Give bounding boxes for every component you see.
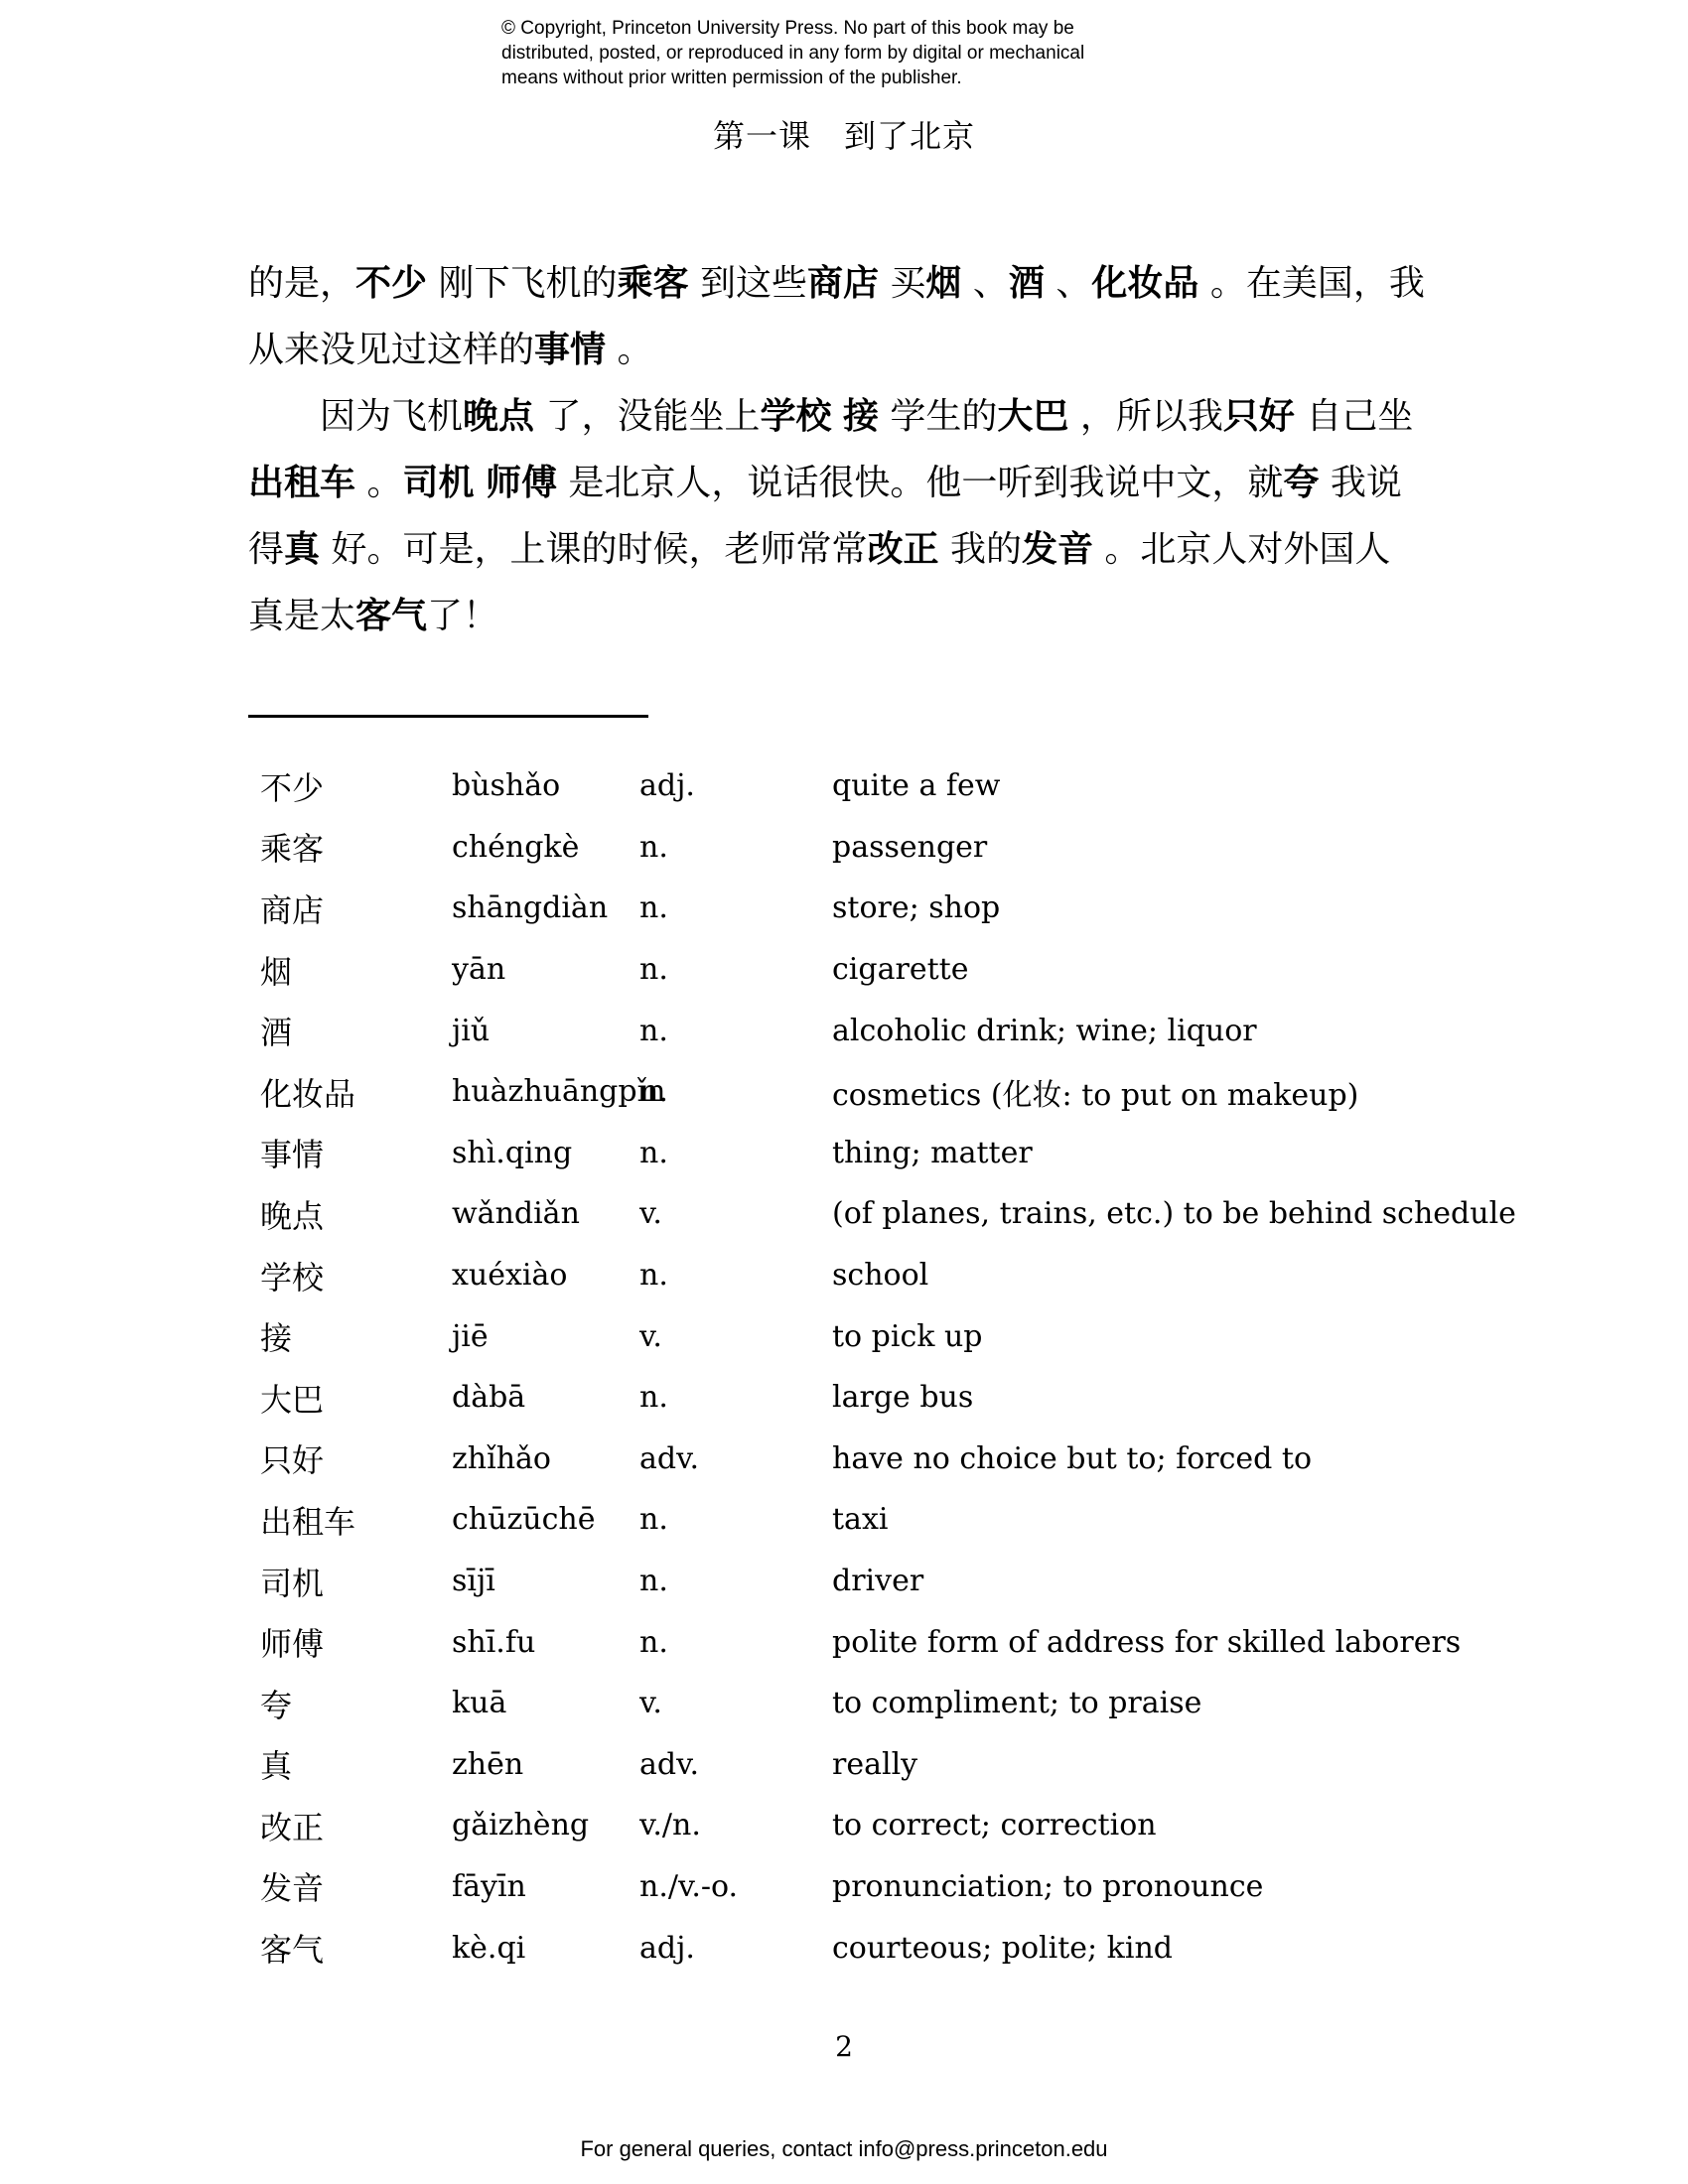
text-run: 是北京人，说话很快。他一听到我说中文，就	[557, 463, 1283, 503]
text-line: 出租车 。司机 师傅 是北京人，说话很快。他一听到我说中文，就夸 我说	[248, 450, 1509, 516]
footer-contact-text: For general queries, contact info@press.…	[0, 2136, 1688, 2162]
vocab-word: 司机	[402, 462, 474, 503]
vocab-row: 改正gǎizhèngv./n.to correct; correction	[260, 1795, 1521, 1856]
vocab-hanzi: 烟	[260, 947, 452, 993]
vocab-gloss: pronunciation; to pronounce	[832, 1869, 1521, 1904]
text-run: 自己坐	[1295, 396, 1413, 437]
text-run: 了，没能坐上	[534, 396, 760, 437]
vocab-pinyin: sījī	[452, 1564, 639, 1598]
vocab-row: 师傅shī.fun.polite form of address for ski…	[260, 1611, 1521, 1673]
vocab-row: 大巴dàbān.large bus	[260, 1367, 1521, 1429]
vocab-pos: n.	[639, 1380, 832, 1415]
vocab-gloss: to correct; correction	[832, 1808, 1521, 1843]
vocab-pos: adj.	[639, 1931, 832, 1966]
vocab-hanzi: 事情	[260, 1130, 452, 1175]
vocab-pos: n.	[639, 1136, 832, 1170]
text-run: 好。可是，上课的时候，老师常常	[320, 529, 867, 570]
text-run: 、	[961, 263, 1008, 304]
vocab-pinyin: gǎizhèng	[452, 1808, 639, 1843]
vocab-word: 酒	[1009, 262, 1045, 304]
text-line: 的是，不少 刚下飞机的乘客 到这些商店 买烟 、酒 、化妆品 。在美国，我	[248, 250, 1509, 317]
text-run: 。在美国，我	[1198, 263, 1424, 304]
vocab-row: 真zhēnadv.really	[260, 1734, 1521, 1796]
vocab-pinyin: zhēn	[452, 1747, 639, 1782]
vocab-hanzi: 不少	[260, 763, 452, 809]
vocab-hanzi: 酒	[260, 1008, 452, 1053]
vocab-word: 烟	[925, 262, 961, 304]
vocab-hanzi: 师傅	[260, 1619, 452, 1665]
vocab-word: 出租车	[248, 462, 355, 503]
chapter-title: 第一课 到了北京	[0, 111, 1688, 157]
vocab-pinyin: chéngkè	[452, 830, 639, 865]
vocab-pinyin: huàzhuāngpǐn	[452, 1074, 639, 1109]
vocab-pos: v.	[639, 1686, 832, 1720]
text-run: 了！	[427, 596, 498, 636]
vocab-pinyin: wǎndiǎn	[452, 1196, 639, 1231]
vocab-gloss: driver	[832, 1564, 1521, 1598]
vocab-row: 不少bùshǎoadj.quite a few	[260, 755, 1521, 817]
vocab-row: 乘客chéngkèn.passenger	[260, 817, 1521, 879]
vocab-hanzi: 发音	[260, 1863, 452, 1909]
vocab-gloss: school	[832, 1258, 1521, 1293]
text-line: 从来没见过这样的事情 。	[248, 317, 1509, 383]
text-line: 得真 好。可是，上课的时候，老师常常改正 我的发音 。北京人对外国人	[248, 516, 1509, 583]
vocab-word: 真	[284, 528, 320, 570]
text-run: 到这些	[689, 263, 807, 304]
vocab-word: 学校	[760, 395, 831, 437]
vocab-pos: n.	[639, 952, 832, 987]
text-run: 学生的	[879, 396, 997, 437]
vocab-pos: n.	[639, 1014, 832, 1048]
vocab-gloss: (of planes, trains, etc.) to be behind s…	[832, 1196, 1521, 1231]
vocab-pos: adv.	[639, 1441, 832, 1476]
vocab-pinyin: shì.qing	[452, 1136, 639, 1170]
vocab-pinyin: shāngdiàn	[452, 890, 639, 925]
book-page: © Copyright, Princeton University Press.…	[0, 0, 1688, 2184]
vocab-gloss: cosmetics (化妆: to put on makeup)	[832, 1070, 1521, 1114]
vocab-hanzi: 学校	[260, 1253, 452, 1298]
vocab-row: 学校xuéxiàon.school	[260, 1245, 1521, 1306]
vocab-pos: n.	[639, 1258, 832, 1293]
copyright-notice: © Copyright, Princeton University Press.…	[501, 16, 1084, 90]
page-number: 2	[0, 2030, 1688, 2063]
vocab-pinyin: xuéxiào	[452, 1258, 639, 1293]
vocab-gloss: polite form of address for skilled labor…	[832, 1625, 1521, 1660]
vocab-pinyin: bùshǎo	[452, 768, 639, 803]
vocab-gloss: large bus	[832, 1380, 1521, 1415]
vocab-word: 乘客	[617, 262, 688, 304]
vocab-row: 夸kuāv.to compliment; to praise	[260, 1673, 1521, 1734]
vocab-pinyin: yān	[452, 952, 639, 987]
vocab-gloss: quite a few	[832, 768, 1521, 803]
vocab-pinyin: zhǐhǎo	[452, 1441, 639, 1476]
text-run	[474, 463, 485, 503]
vocab-pos: n./v.-o.	[639, 1869, 832, 1904]
vocab-pinyin: fāyīn	[452, 1869, 639, 1904]
vocab-row: 接jiēv.to pick up	[260, 1305, 1521, 1367]
vocab-hanzi: 只好	[260, 1435, 452, 1481]
vocab-hanzi: 夸	[260, 1681, 452, 1726]
text-run: 真是太	[248, 596, 355, 636]
vocab-row: 只好zhǐhǎoadv.have no choice but to; force…	[260, 1429, 1521, 1490]
vocab-word: 接	[843, 395, 879, 437]
vocab-word: 夸	[1283, 462, 1319, 503]
vocab-pos: adj.	[639, 768, 832, 803]
vocab-word: 发音	[1022, 528, 1093, 570]
vocab-row: 商店shāngdiànn.store; shop	[260, 878, 1521, 939]
vocab-gloss: to pick up	[832, 1319, 1521, 1354]
vocab-hanzi: 司机	[260, 1559, 452, 1604]
vocab-pinyin: kuā	[452, 1686, 639, 1720]
vocab-row: 晚点wǎndiǎnv.(of planes, trains, etc.) to …	[260, 1183, 1521, 1245]
vocab-hanzi: 晚点	[260, 1191, 452, 1237]
vocab-row: 烟yānn.cigarette	[260, 939, 1521, 1001]
vocab-pos: n.	[639, 1502, 832, 1537]
copyright-line: distributed, posted, or reproduced in an…	[501, 41, 1084, 66]
vocab-hanzi: 商店	[260, 886, 452, 931]
text-run: 、	[1045, 263, 1091, 304]
vocab-hanzi: 出租车	[260, 1497, 452, 1543]
vocab-divider-rule	[248, 715, 648, 718]
vocab-pos: n.	[639, 1625, 832, 1660]
vocab-word: 化妆品	[1091, 262, 1198, 304]
text-run: ，所以我	[1068, 396, 1222, 437]
text-run: 。北京人对外国人	[1093, 529, 1390, 570]
vocab-row: 司机sījīn.driver	[260, 1551, 1521, 1612]
vocab-row: 酒jiǔn.alcoholic drink; wine; liquor	[260, 1000, 1521, 1061]
vocab-pinyin: shī.fu	[452, 1625, 639, 1660]
vocab-gloss: taxi	[832, 1502, 1521, 1537]
text-run	[832, 396, 843, 437]
vocab-pos: n.	[639, 1074, 832, 1109]
vocab-row: 客气kè.qiadj.courteous; polite; kind	[260, 1917, 1521, 1979]
vocab-gloss: to compliment; to praise	[832, 1686, 1521, 1720]
vocab-row: 发音fāyīnn./v.-o.pronunciation; to pronoun…	[260, 1856, 1521, 1918]
vocab-row: 出租车chūzūchēn.taxi	[260, 1489, 1521, 1551]
copyright-line: © Copyright, Princeton University Press.…	[501, 16, 1084, 41]
vocab-row: 化妆品huàzhuāngpǐnn.cosmetics (化妆: to put o…	[260, 1061, 1521, 1123]
body-text: 的是，不少 刚下飞机的乘客 到这些商店 买烟 、酒 、化妆品 。在美国，我从来没…	[248, 250, 1509, 649]
text-run: 得	[248, 529, 284, 570]
vocab-pos: v./n.	[639, 1808, 832, 1843]
vocab-pos: n.	[639, 1564, 832, 1598]
vocab-hanzi: 大巴	[260, 1375, 452, 1421]
vocab-pinyin: jiǔ	[452, 1014, 639, 1048]
vocab-word: 事情	[534, 329, 606, 370]
vocab-word: 改正	[867, 528, 938, 570]
text-run: 因为飞机	[320, 396, 463, 437]
vocab-hanzi: 改正	[260, 1803, 452, 1848]
vocab-pinyin: jiē	[452, 1319, 639, 1354]
vocab-gloss: have no choice but to; forced to	[832, 1441, 1521, 1476]
vocab-word: 不少	[355, 262, 427, 304]
copyright-line: means without prior written permission o…	[501, 66, 1084, 90]
text-line: 真是太客气了！	[248, 583, 1509, 649]
vocab-gloss: store; shop	[832, 890, 1521, 925]
vocab-gloss: courteous; polite; kind	[832, 1931, 1521, 1966]
vocab-word: 大巴	[997, 395, 1068, 437]
text-line: 因为飞机晚点 了，没能坐上学校 接 学生的大巴 ，所以我只好 自己坐	[248, 383, 1509, 450]
vocab-pos: v.	[639, 1196, 832, 1231]
text-run: 刚下飞机的	[427, 263, 617, 304]
vocab-pinyin: chūzūchē	[452, 1502, 639, 1537]
text-run: 从来没见过这样的	[248, 330, 534, 370]
vocab-pos: n.	[639, 890, 832, 925]
vocab-gloss: thing; matter	[832, 1136, 1521, 1170]
text-run: 我说	[1319, 463, 1401, 503]
text-run: 的是，	[248, 263, 355, 304]
vocab-row: 事情shì.qingn.thing; matter	[260, 1123, 1521, 1184]
vocab-pinyin: dàbā	[452, 1380, 639, 1415]
vocab-word: 晚点	[463, 395, 534, 437]
vocab-table: 不少bùshǎoadj.quite a few乘客chéngkèn.passen…	[260, 755, 1521, 1979]
vocab-hanzi: 真	[260, 1741, 452, 1787]
vocab-word: 只好	[1223, 395, 1295, 437]
vocab-hanzi: 接	[260, 1313, 452, 1359]
text-run: 。	[355, 463, 402, 503]
vocab-word: 商店	[807, 262, 879, 304]
text-run: 。	[606, 330, 652, 370]
vocab-pos: n.	[639, 830, 832, 865]
text-run: 我的	[939, 529, 1022, 570]
vocab-hanzi: 化妆品	[260, 1069, 452, 1115]
vocab-gloss: passenger	[832, 830, 1521, 865]
vocab-gloss: alcoholic drink; wine; liquor	[832, 1014, 1521, 1048]
vocab-gloss: cigarette	[832, 952, 1521, 987]
vocab-hanzi: 客气	[260, 1925, 452, 1971]
vocab-gloss: really	[832, 1747, 1521, 1782]
vocab-pos: v.	[639, 1319, 832, 1354]
vocab-pos: adv.	[639, 1747, 832, 1782]
vocab-hanzi: 乘客	[260, 824, 452, 870]
text-run: 买	[879, 263, 925, 304]
vocab-word: 客气	[355, 595, 427, 636]
vocab-pinyin: kè.qi	[452, 1931, 639, 1966]
vocab-word: 师傅	[486, 462, 557, 503]
